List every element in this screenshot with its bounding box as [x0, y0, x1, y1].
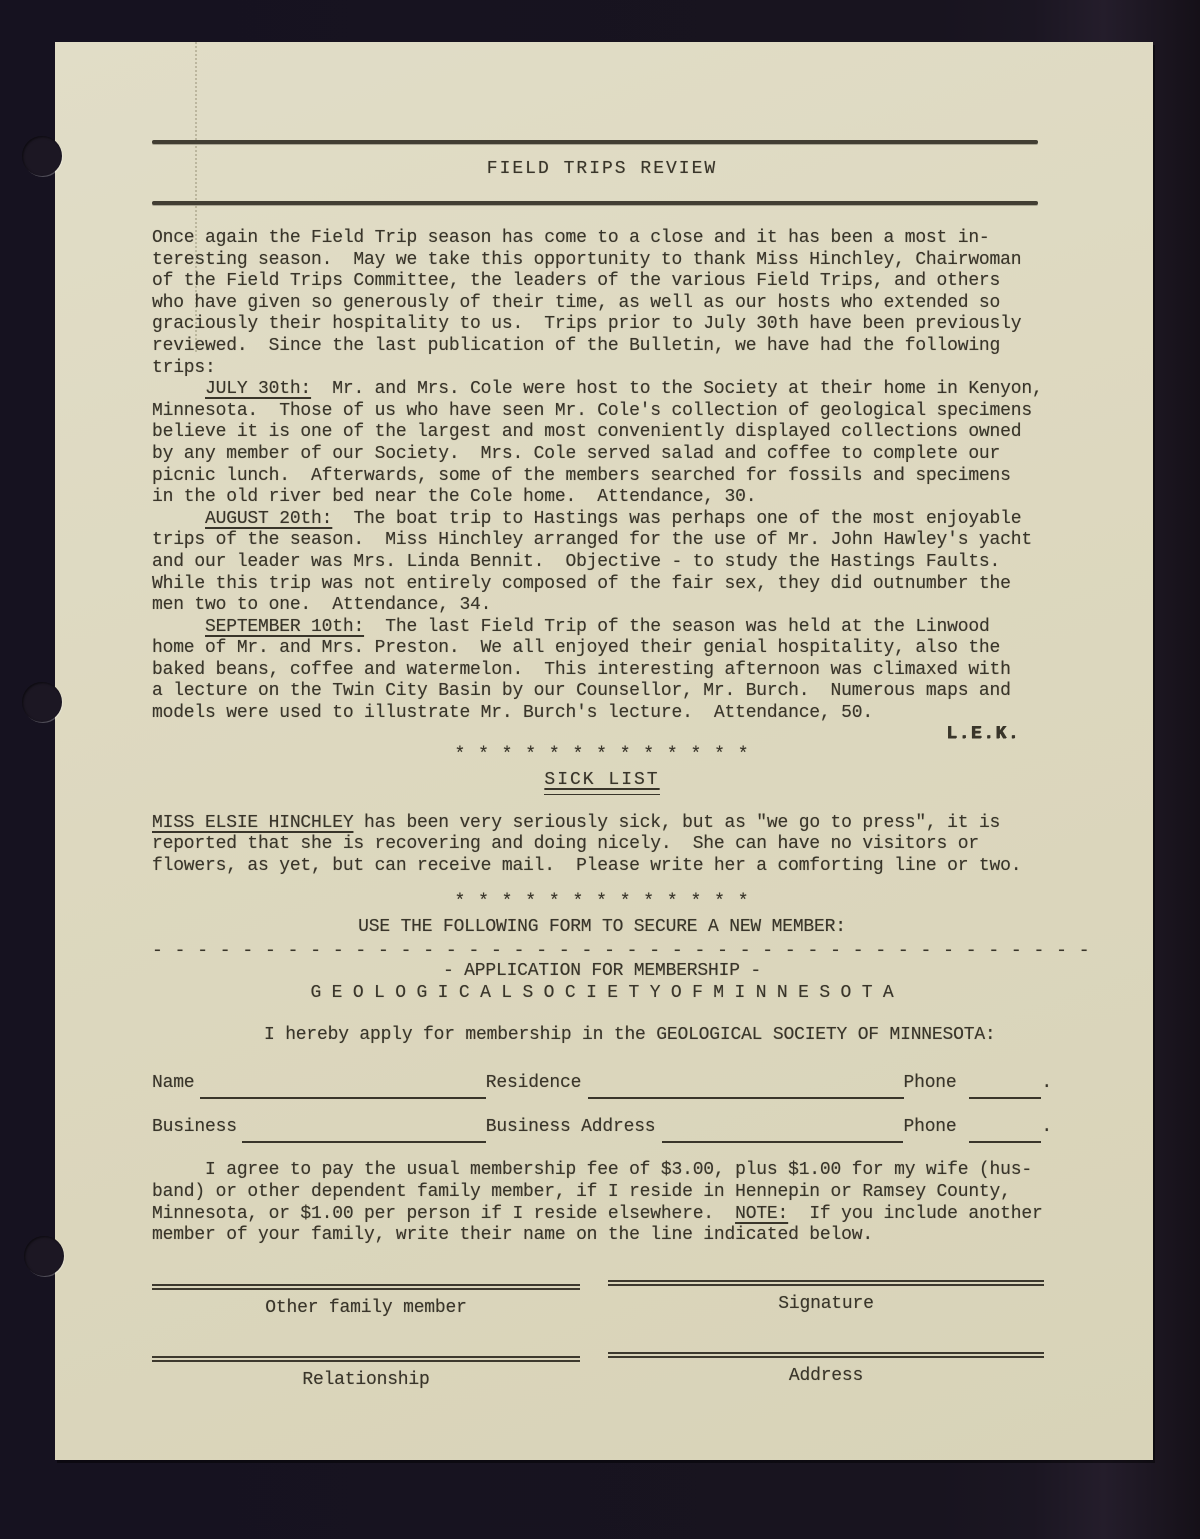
header-rule-bottom [152, 201, 1038, 205]
address-block: Address [608, 1356, 1044, 1390]
residence-field-label: Residence [486, 1073, 588, 1095]
author-initials: L.E.K. [152, 725, 1052, 745]
paragraph-july-30: JULY 30th: Mr. and Mrs. Cole were host t… [152, 379, 1052, 509]
asterisk-divider-2: * * * * * * * * * * * * * [152, 894, 1052, 910]
relationship-label: Relationship [152, 1370, 580, 1390]
other-family-member-line [152, 1284, 580, 1290]
phone-field-label: Phone [904, 1073, 970, 1095]
name-field-line [200, 1085, 486, 1099]
date-heading-july-30: JULY 30th: [205, 379, 311, 399]
punch-hole-middle [22, 682, 62, 722]
relationship-line [152, 1356, 580, 1362]
punch-hole-bottom [24, 1236, 64, 1276]
punch-hole-top [22, 136, 62, 176]
address-line [608, 1352, 1044, 1358]
sick-list-heading-row: SICK LIST [152, 769, 1052, 795]
indent [152, 617, 205, 637]
form-row-business-address-phone: BusinessBusiness AddressPhone. [152, 1112, 1052, 1138]
line-end-period: . [1041, 1117, 1052, 1139]
sick-list-paragraph: MISS ELSIE HINCHLEY has been very seriou… [152, 813, 1052, 878]
signature-label: Signature [608, 1294, 1044, 1314]
name-field-label: Name [152, 1073, 200, 1095]
paragraph-september-10: SEPTEMBER 10th: The last Field Trip of t… [152, 617, 1052, 725]
phone2-field-line [969, 1129, 1041, 1143]
business-address-field-label: Business Address [486, 1117, 662, 1139]
header-rule-top [152, 140, 1038, 144]
relationship-block: Relationship [152, 1356, 580, 1390]
signature-row-2: Relationship Address [152, 1356, 1052, 1390]
form-row-name-residence-phone: NameResidencePhone. [152, 1068, 1052, 1094]
indent [152, 379, 205, 399]
date-heading-august-20: AUGUST 20th: [205, 509, 332, 529]
dashed-divider: - - - - - - - - - - - - - - - - - - - - … [152, 944, 1052, 958]
address-label: Address [608, 1366, 1044, 1386]
signature-line [608, 1280, 1044, 1286]
membership-cta: USE THE FOLLOWING FORM TO SECURE A NEW M… [152, 916, 1052, 938]
signature-block: Signature [608, 1284, 1044, 1318]
asterisk-divider-1: * * * * * * * * * * * * * [152, 747, 1052, 763]
business-address-field-line [662, 1129, 904, 1143]
business-field-label: Business [152, 1117, 242, 1139]
agreement-paragraph: I agree to pay the usual membership fee … [152, 1160, 1052, 1246]
application-title: - APPLICATION FOR MEMBERSHIP - [152, 960, 1052, 982]
intro-paragraph: Once again the Field Trip season has com… [152, 228, 1052, 379]
apply-statement: I hereby apply for membership in the GEO… [152, 1024, 1052, 1046]
page-title: FIELD TRIPS REVIEW [152, 158, 1052, 180]
other-family-member-label: Other family member [152, 1298, 580, 1318]
paragraph-august-20: AUGUST 20th: The boat trip to Hastings w… [152, 509, 1052, 617]
business-field-line [242, 1129, 486, 1143]
signature-row-1: Other family member Signature [152, 1284, 1052, 1318]
sick-list-name: MISS ELSIE HINCHLEY [152, 813, 353, 833]
date-heading-september-10: SEPTEMBER 10th: [205, 617, 364, 637]
phone-field-line [969, 1085, 1041, 1099]
paper-sheet: FIELD TRIPS REVIEW Once again the Field … [55, 42, 1153, 1460]
other-family-member-block: Other family member [152, 1284, 580, 1318]
agreement-note-label: NOTE: [735, 1204, 788, 1224]
phone2-field-label: Phone [903, 1117, 969, 1139]
residence-field-line [588, 1085, 904, 1099]
intro-text: Once again the Field Trip season has com… [152, 228, 1021, 378]
page-content: FIELD TRIPS REVIEW Once again the Field … [152, 42, 1052, 1390]
line-end-period: . [1041, 1073, 1052, 1095]
organization-name: G E O L O G I C A L S O C I E T Y O F M … [152, 982, 1052, 1004]
scanned-document-page: { "header": { "title": "FIELD TRIPS REVI… [0, 0, 1200, 1539]
indent [152, 509, 205, 529]
sick-list-heading: SICK LIST [544, 769, 659, 795]
